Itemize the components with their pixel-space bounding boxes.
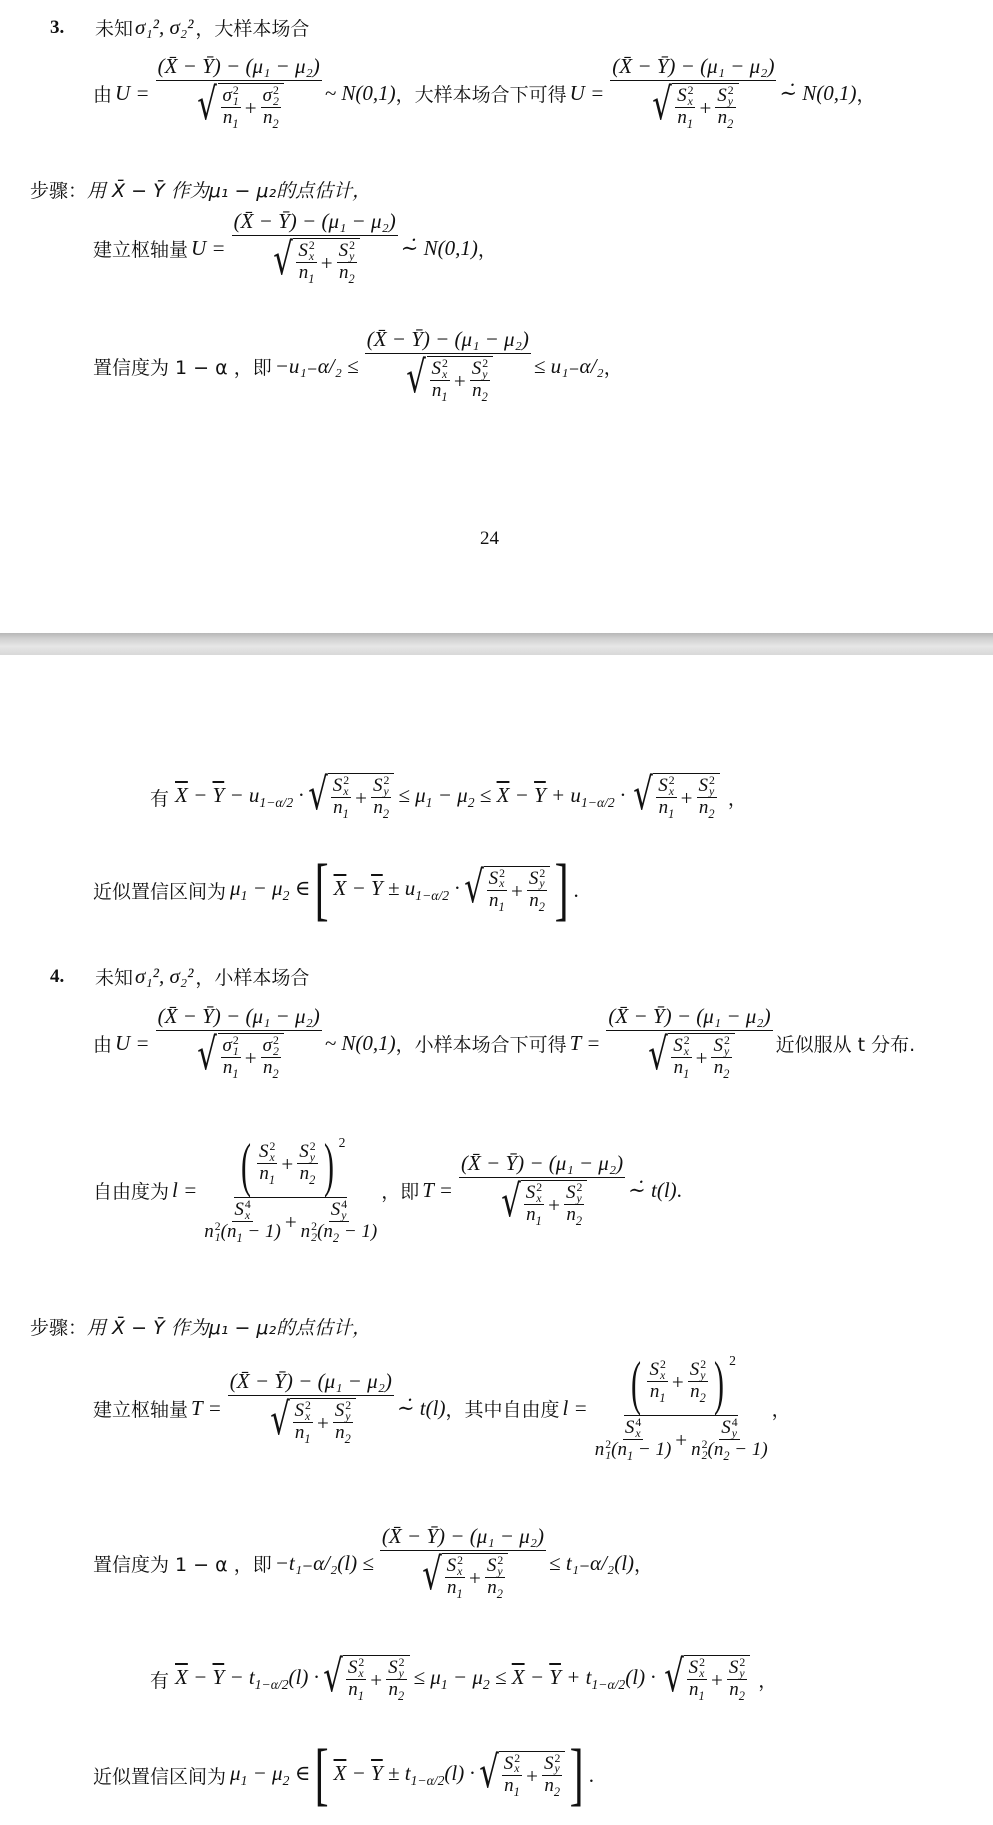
lhs-U2: U = — [570, 81, 605, 106]
section-3-heading: 3. 未知 σ₁², σ₂² ，大样本场合 — [50, 14, 309, 41]
lhs-U: U = — [115, 81, 150, 106]
section-4-heading: 4. 未知 σ₁², σ₂² ，小样本场合 — [50, 963, 309, 990]
sqrt-S: √ S2xn1 + S2yn2 — [648, 83, 739, 132]
section-4-formula-line: 由 U = (X̄ − Ȳ) − (μ₁ − μ₂) √ σ21n1 + σ22… — [93, 1005, 915, 1082]
steps-intro: 用 X̄ − Ȳ 作为μ₁ − μ₂的点估计， — [87, 176, 371, 203]
page-number: 24 — [480, 528, 499, 550]
text-large-sample: ，大样本场合下可得 — [396, 80, 567, 107]
section-3-formula-line: 由 U = (X̄ − Ȳ) − (μ₁ − μ₂) √ σ21n1 + σ22… — [93, 55, 876, 132]
section-3-steps: 步骤： 用 X̄ − Ȳ 作为μ₁ − μ₂的点估计， — [30, 176, 371, 203]
pdf-page-24: 3. 未知 σ₁², σ₂² ，大样本场合 由 U = (X̄ − Ȳ) − (… — [0, 0, 993, 633]
heading-vars: σ₁², σ₂² — [135, 15, 193, 40]
section-4-steps: 步骤： 用 X̄ − Ȳ 作为μ₁ − μ₂的点估计， — [30, 1313, 371, 1340]
section-4-confidence: 置信度为 1 − α ，即 −t₁₋α/₂(l) ≤ (X̄ − Ȳ) − (μ… — [93, 1525, 653, 1602]
section-number: 4. — [50, 966, 95, 988]
dist-normal: ~ N(0,1) — [325, 81, 396, 106]
dof-fraction: ( S2xn1 + S2yn2 )2 S4xn21(n1 − 1) + S4yn… — [203, 1135, 378, 1246]
denominator: √ σ21n1 + σ22n2 — [193, 81, 283, 132]
section-number: 3. — [50, 17, 95, 39]
dist-approx-normal: ∼̇ N(0,1) — [779, 81, 856, 106]
heading-suffix: ，大样本场合 — [195, 14, 309, 41]
fraction-pivot: (X̄ − Ȳ) − (μ₁ − μ₂) √ S2xn1 + S2yn2 — [232, 210, 398, 287]
section-3-inequality: 有 X − Y − u1−α/2 · √ S2xn1 + S2yn2 ≤ μ1 … — [150, 773, 747, 822]
sqrt-sigma: √ σ21n1 + σ22n2 — [193, 83, 283, 132]
page-separator — [0, 633, 993, 655]
section-4-interval: 近似置信区间为 μ1 − μ2 ∈ [ X − Y ± t1−α/2(l) · … — [93, 1740, 594, 1810]
pdf-page-25: 有 X − Y − u1−α/2 · √ S2xn1 + S2yn2 ≤ μ1 … — [0, 655, 993, 1825]
section-4-pivot: 建立枢轴量 T = (X̄ − Ȳ) − (μ₁ − μ₂) √ S2xn1 +… — [93, 1353, 791, 1464]
section-3-interval: 近似置信区间为 μ1 − μ2 ∈ [ X − Y ± u1−α/2 · √ S… — [93, 855, 579, 925]
text-you: 由 — [93, 80, 112, 107]
fraction-U-S: (X̄ − Ȳ) − (μ₁ − μ₂) √ S2xn1 + S2yn2 — [610, 55, 776, 132]
section-4-dof: 自由度为 l = ( S2xn1 + S2yn2 )2 S4xn21(n1 − … — [93, 1135, 682, 1246]
steps-label: 步骤： — [30, 176, 87, 203]
section-3-pivot: 建立枢轴量 U = (X̄ − Ȳ) − (μ₁ − μ₂) √ S2xn1 +… — [93, 210, 497, 287]
section-4-inequality: 有 X − Y − t1−α/2(l) · √ S2xn1 + S2yn2 ≤ … — [150, 1655, 777, 1704]
section-3-confidence: 置信度为 1 − α ，即 −u₁₋α/₂ ≤ (X̄ − Ȳ) − (μ₁ −… — [93, 328, 623, 405]
heading-prefix: 未知 — [95, 14, 133, 41]
fraction-U-sigma: (X̄ − Ȳ) − (μ₁ − μ₂) √ σ21n1 + σ22n2 — [156, 55, 322, 132]
numerator: (X̄ − Ȳ) − (μ₁ − μ₂) — [156, 55, 322, 81]
